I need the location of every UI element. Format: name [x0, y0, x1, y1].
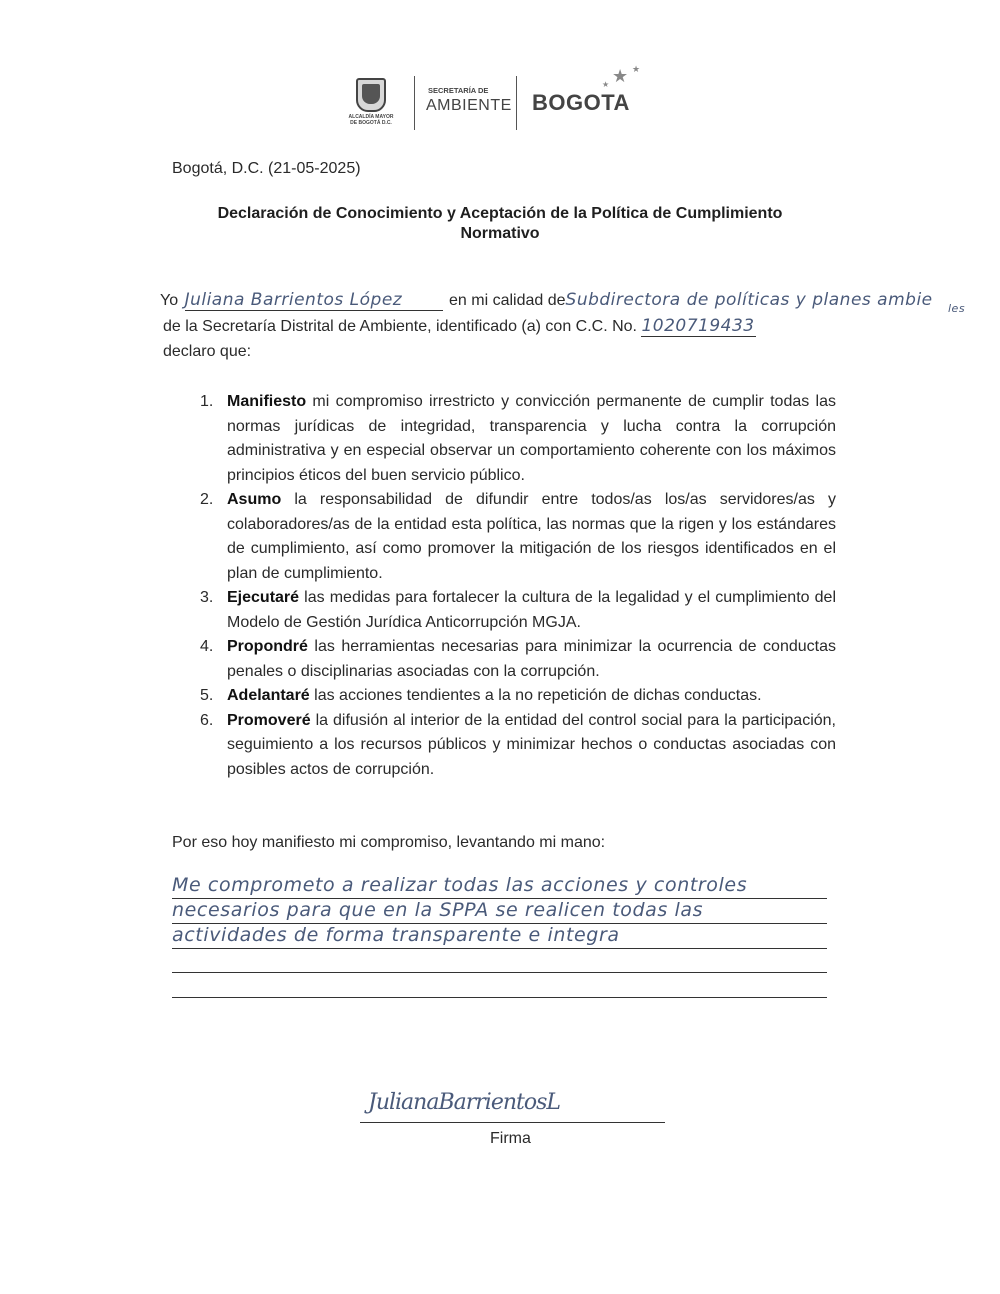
signature-handwritten[interactable]: JulianaBarrientosL [368, 1090, 560, 1115]
name-field[interactable]: Juliana Barrientos López [185, 290, 443, 311]
logo-divider [516, 76, 517, 130]
list-item: 5.Adelantaré las acciones tendientes a l… [196, 684, 836, 709]
role-field-overflow: les [948, 302, 965, 315]
star-icon: ★ [602, 80, 609, 89]
declaration-list: 1.Manifiesto mi compromiso irrestricto y… [196, 390, 836, 782]
intro-line-3: declaro que: [163, 343, 251, 361]
intro-line-1: Yo Juliana Barrientos López en mi calida… [160, 290, 933, 311]
star-icon: ★ [612, 66, 628, 87]
secretaria-label: SECRETARÍA DE [428, 86, 488, 95]
commitment-rule [172, 948, 827, 949]
cc-number-field[interactable]: 1020719433 [641, 316, 756, 337]
role-field[interactable]: Subdirectora de políticas y planes ambie [566, 290, 933, 310]
header-logos: ALCALDÍA MAYOR DE BOGOTÁ D.C. SECRETARÍA… [340, 66, 650, 136]
bogota-logo: BOGOTA [532, 90, 630, 116]
commitment-line-1[interactable]: Me comprometo a realizar todas las accio… [172, 874, 747, 896]
list-item: 1.Manifiesto mi compromiso irrestricto y… [196, 390, 836, 488]
document-title: Declaración de Conocimiento y Aceptación… [160, 204, 840, 244]
list-item: 3.Ejecutaré las medidas para fortalecer … [196, 586, 836, 635]
commitment-line-2[interactable]: necesarios para que en la SPPA se realic… [172, 899, 703, 921]
intro-line-2: de la Secretaría Distrital de Ambiente, … [163, 316, 756, 337]
logo-divider [414, 76, 415, 130]
signature-label: Firma [490, 1130, 531, 1148]
document-date: Bogotá, D.C. (21-05-2025) [172, 160, 361, 178]
alcaldia-label: ALCALDÍA MAYOR DE BOGOTÁ D.C. [340, 114, 402, 126]
signature-line [360, 1122, 665, 1123]
commitment-rule [172, 997, 827, 998]
list-item: 6.Promoveré la difusión al interior de l… [196, 709, 836, 783]
star-icon: ★ [632, 64, 640, 75]
coat-of-arms-icon [356, 78, 386, 112]
commitment-rule [172, 972, 827, 973]
list-item: 4.Propondré las herramientas necesarias … [196, 635, 836, 684]
ambiente-label: AMBIENTE [426, 97, 512, 115]
commitment-label: Por eso hoy manifiesto mi compromiso, le… [172, 834, 605, 852]
commitment-line-3[interactable]: actividades de forma transparente e inte… [172, 924, 620, 946]
list-item: 2.Asumo la responsabilidad de difundir e… [196, 488, 836, 586]
